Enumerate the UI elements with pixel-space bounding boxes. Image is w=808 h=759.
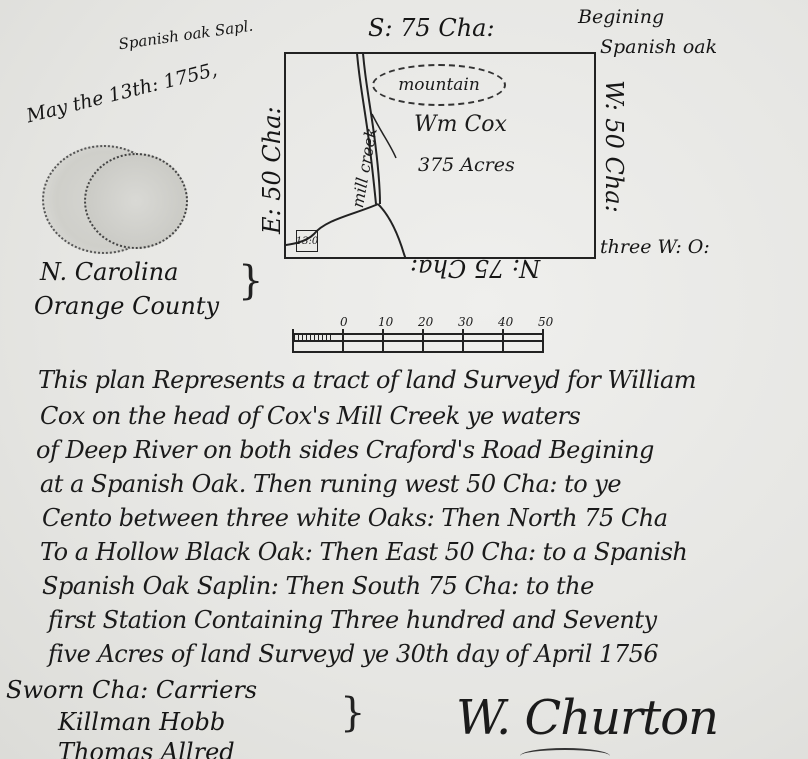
plat-boundary: mountain Wm Cox 375 Acres mill creek 13:… [284,52,596,259]
begin-note-line2: Spanish oak [600,36,717,58]
begin-note-line1: Begining [578,6,664,28]
surveyor-signature: W. Churton [456,690,718,746]
mountain-label: mountain [372,64,506,106]
description-line: of Deep River on both sides Craford's Ro… [36,436,654,464]
description-line: at a Spanish Oak. Then runing west 50 Ch… [40,470,621,498]
brace-icon: } [340,690,365,736]
scale-label: 30 [458,315,473,329]
scale-label: 10 [378,315,393,329]
state-label: N. Carolina [40,258,178,286]
description-line: five Acres of land Surveyd ye 30th day o… [48,640,658,668]
station-marker: 13:0 [296,230,318,252]
description-line: To a Hollow Black Oak: Then East 50 Cha:… [40,538,687,566]
description-line: Cox on the head of Cox's Mill Creek ye w… [40,402,580,430]
scale-label: 0 [340,315,348,329]
scale-label: 40 [498,315,513,329]
chain-carrier-name: Thomas Allred [58,738,235,759]
plat-right-side-label: W: 50 Cha: [600,80,628,213]
description-line: Spanish Oak Saplin: Then South 75 Cha: t… [42,572,594,600]
signature-flourish [520,748,610,759]
acreage: 375 Acres [418,154,515,176]
corner-three-white-oaks-label: three W: O: [600,236,710,258]
plat-top-side-label: S: 75 Cha: [368,14,495,42]
chain-carrier-name: Killman Hobb [58,708,225,736]
scale-bar: 0 10 20 30 40 50 [292,323,550,353]
description-line: first Station Containing Three hundred a… [48,606,657,634]
wax-seal-icon [42,145,192,250]
county-label: Orange County [34,292,219,320]
description-line: Cento between three white Oaks: Then Nor… [42,504,668,532]
scale-label: 20 [418,315,433,329]
owner-name: Wm Cox [414,112,507,137]
description-line: This plan Represents a tract of land Sur… [38,366,696,394]
chain-carriers-heading: Sworn Cha: Carriers [6,676,257,704]
brace-icon: } [238,258,263,304]
scale-label: 50 [538,315,553,329]
plat-left-side-label: E: 50 Cha: [258,106,286,234]
